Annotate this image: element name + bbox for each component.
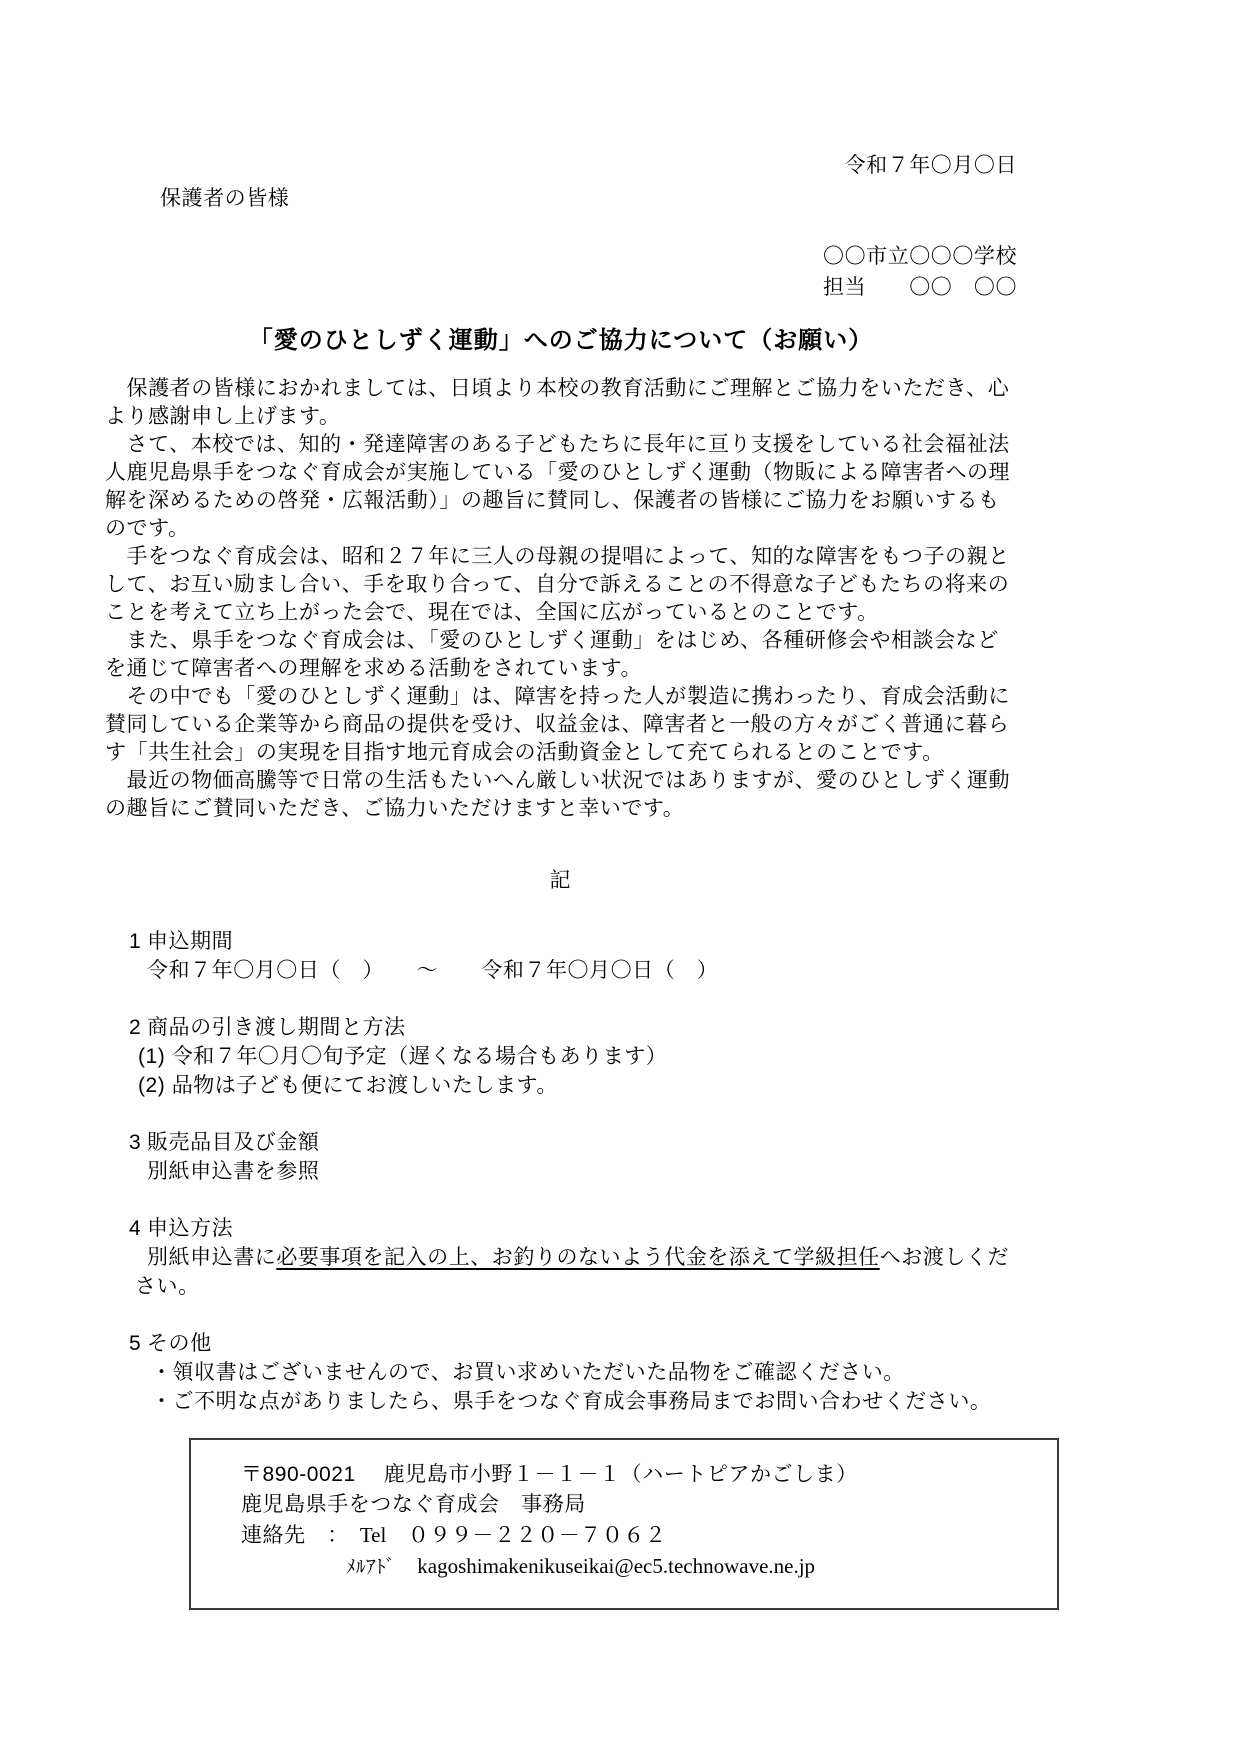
- item-4-line-1-underlined: 必要事項を記入の上、お釣りのないよう代金を添えて学級担任: [276, 1246, 879, 1269]
- tel-label: Tel: [360, 1523, 387, 1547]
- document-date: 令和７年〇月〇日: [105, 152, 1017, 180]
- item-3-head: 3販売品目及び金額: [105, 1128, 1017, 1157]
- box-mail-line: ﾒﾙｱﾄﾞ kagoshimakenikuseikai@ec5.technowa…: [241, 1551, 1037, 1583]
- contact-info-box: 〒890-0021 鹿児島市小野１－１－１（ハートピアかごしま） 鹿児島県手をつ…: [189, 1438, 1059, 1610]
- item-2-title: 商品の引き渡し期間と方法: [147, 1016, 406, 1039]
- body-paragraph-4: また、県手をつなぐ育成会は、「愛のひとしずく運動」をはじめ、各種研修会や相談会な…: [105, 627, 1017, 683]
- item-4-line-1-pre: 別紙申込書に: [147, 1246, 276, 1269]
- box-contact-line: 連絡先 ： Tel ０９９－２２０－７０６２: [241, 1520, 1037, 1551]
- item-1-line: 令和７年〇月〇日（ ） ～ 令和７年〇月〇日（ ）: [105, 956, 1017, 985]
- document-content: 令和７年〇月〇日 保護者の皆様 〇〇市立〇〇〇学校 担当 〇〇 〇〇 「愛のひと…: [105, 152, 1017, 1610]
- item-4-line-1: 別紙申込書に必要事項を記入の上、お釣りのないよう代金を添えて学級担任へお渡しくだ: [105, 1243, 1017, 1272]
- body-paragraph-6: 最近の物価高騰等で日常の生活もたいへん厳しい状況ではありますが、愛のひとしずく運…: [105, 767, 1017, 823]
- item-5-bullet-2: ・ご不明な点がありましたら、県手をつなぐ育成会事務局までお問い合わせください。: [105, 1387, 1017, 1416]
- item-5-head: 5その他: [105, 1329, 1017, 1358]
- list-item-1: 1申込期間 令和７年〇月〇日（ ） ～ 令和７年〇月〇日（ ）: [105, 927, 1017, 985]
- item-4-head: 4申込方法: [105, 1214, 1017, 1243]
- body-paragraph-2: さて、本校では、知的・発達障害のある子どもたちに長年に亘り支援をしている社会福祉…: [105, 431, 1017, 543]
- item-3-line: 別紙申込書を参照: [105, 1157, 1017, 1186]
- sender-contact: 担当 〇〇 〇〇: [105, 274, 1017, 302]
- addressee: 保護者の皆様: [160, 185, 1017, 213]
- box-address-line: 〒890-0021 鹿児島市小野１－１－１（ハートピアかごしま）: [241, 1460, 1037, 1490]
- item-4-title: 申込方法: [147, 1217, 233, 1240]
- item-1-number: 1: [105, 927, 147, 956]
- body-paragraph-5: その中でも「愛のひとしずく運動」は、障害を持った人が製造に携わったり、育成会活動…: [105, 683, 1017, 767]
- item-3-number: 3: [105, 1128, 147, 1157]
- body-paragraph-1: 保護者の皆様におかれましては、日頃より本校の教育活動にご理解とご協力をいただき、…: [105, 375, 1017, 431]
- body-paragraph-3: 手をつなぐ育成会は、昭和２７年に三人の母親の提唱によって、知的な障害をもつ子の親…: [105, 543, 1017, 627]
- item-1-head: 1申込期間: [105, 927, 1017, 956]
- item-5-number: 5: [105, 1329, 147, 1358]
- item-1-title: 申込期間: [147, 930, 233, 953]
- mail-address: kagoshimakenikuseikai@ec5.technowave.ne.…: [417, 1554, 815, 1578]
- item-5-bullet-1: ・領収書はございませんので、お買い求めいただいた品物をご確認ください。: [105, 1358, 1017, 1387]
- list-item-5: 5その他 ・領収書はございませんので、お買い求めいただいた品物をご確認ください。…: [105, 1329, 1017, 1416]
- document-page: 令和７年〇月〇日 保護者の皆様 〇〇市立〇〇〇学校 担当 〇〇 〇〇 「愛のひと…: [0, 0, 1241, 1755]
- list-item-3: 3販売品目及び金額 別紙申込書を参照: [105, 1128, 1017, 1186]
- item-4-line-1-post: へお渡しくだ: [880, 1246, 1009, 1269]
- mail-spacer: [396, 1555, 418, 1578]
- box-org-line: 鹿児島県手をつなぐ育成会 事務局: [241, 1490, 1037, 1520]
- ki-marker: 記: [105, 867, 1017, 895]
- item-2-line-1: (1) 令和７年〇月〇旬予定（遅くなる場合もあります）: [105, 1042, 1017, 1071]
- item-5-title: その他: [147, 1332, 212, 1355]
- item-4-line-2: さい。: [105, 1272, 1017, 1301]
- item-3-title: 販売品目及び金額: [147, 1131, 319, 1154]
- item-2-head: 2商品の引き渡し期間と方法: [105, 1013, 1017, 1042]
- document-title: 「愛のひとしずく運動」へのご協力について（お願い）: [105, 324, 1017, 358]
- list-item-2: 2商品の引き渡し期間と方法 (1) 令和７年〇月〇旬予定（遅くなる場合もあります…: [105, 1013, 1017, 1100]
- item-4-number: 4: [105, 1214, 147, 1243]
- sender-school: 〇〇市立〇〇〇学校: [105, 243, 1017, 271]
- item-2-line-2: (2) 品物は子ども便にてお渡しいたします。: [105, 1071, 1017, 1100]
- list-item-4: 4申込方法 別紙申込書に必要事項を記入の上、お釣りのないよう代金を添えて学級担任…: [105, 1214, 1017, 1301]
- tel-number: ０９９－２２０－７０６２: [386, 1524, 666, 1547]
- item-2-number: 2: [105, 1013, 147, 1042]
- numbered-list: 1申込期間 令和７年〇月〇日（ ） ～ 令和７年〇月〇日（ ） 2商品の引き渡し…: [105, 927, 1017, 1416]
- mail-label: ﾒﾙｱﾄﾞ: [346, 1557, 396, 1578]
- contact-label: 連絡先 ：: [241, 1524, 360, 1547]
